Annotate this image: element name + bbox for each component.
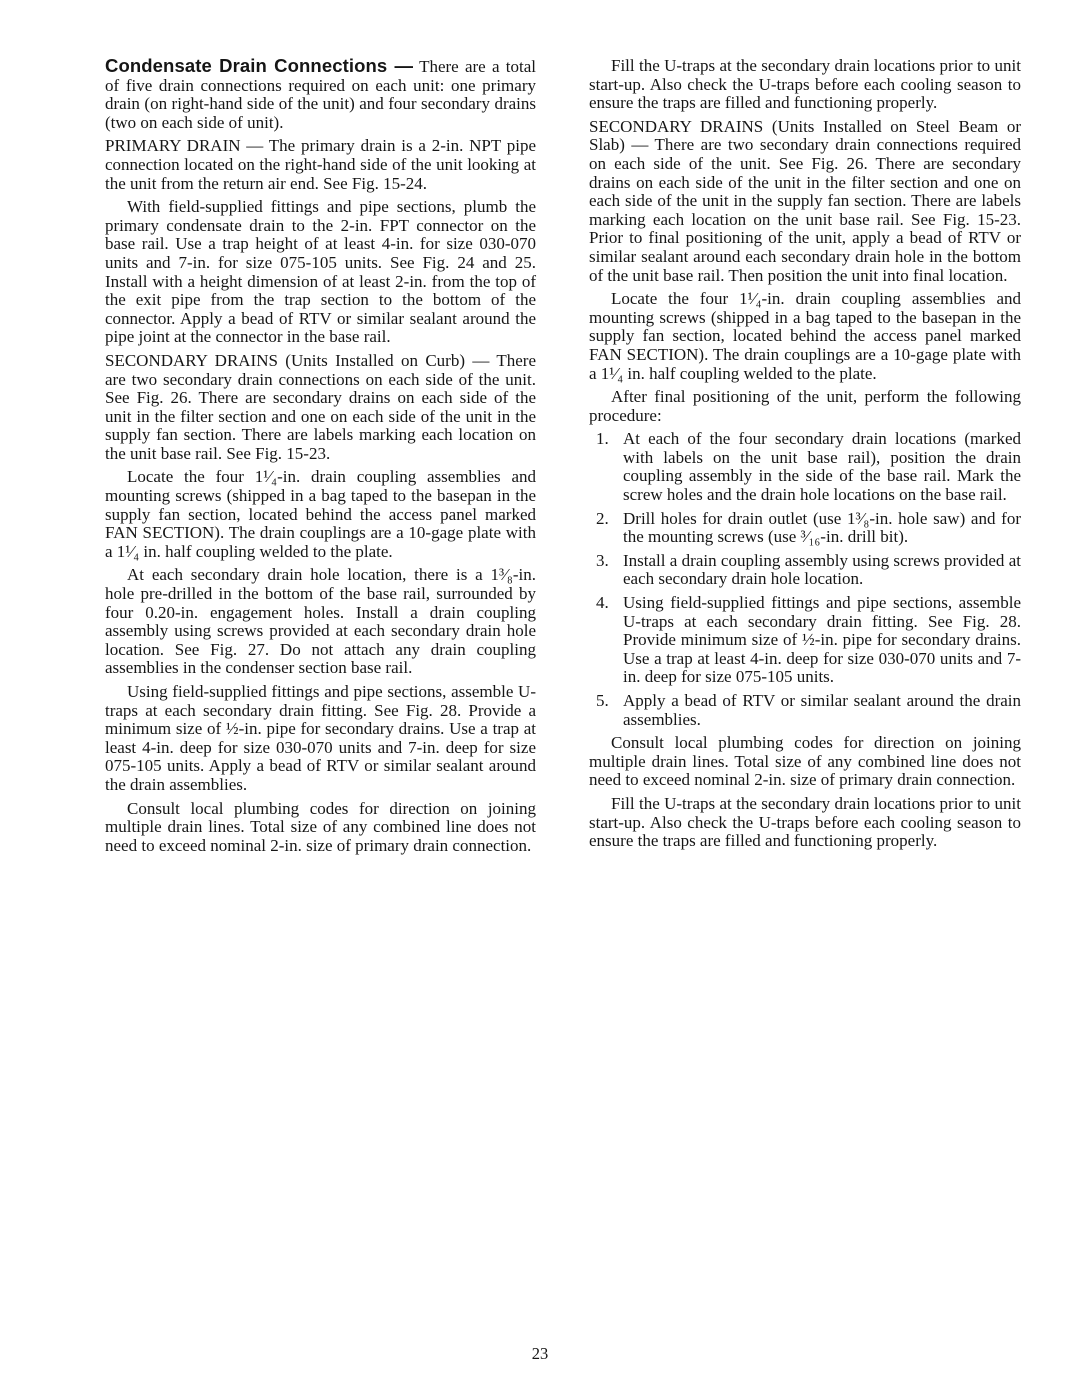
section-heading: Condensate Drain Connections — <box>105 55 413 76</box>
paragraph-plumbing-codes: Consult local plumbing codes for directi… <box>589 734 1021 790</box>
list-item: 2. Drill holes for drain outlet (use 1³⁄… <box>589 510 1021 547</box>
document-page: Condensate Drain Connections — There are… <box>0 0 1080 1397</box>
paragraph-secondary-drains-curb: SECONDARY DRAINS (Units Installed on Cur… <box>105 352 536 464</box>
list-item-number: 1. <box>596 430 623 504</box>
paragraph-fill-utraps: Fill the U-traps at the secondary drain … <box>589 795 1021 851</box>
paragraph-drain-hole: At each secondary drain hole location, t… <box>105 566 536 678</box>
paragraph-plumb-primary: With field-supplied fittings and pipe se… <box>105 198 536 347</box>
paragraph-locate-couplings: Locate the four 1¹⁄₄-in. drain coupling … <box>589 290 1021 383</box>
list-item: 1. At each of the four secondary drain l… <box>589 430 1021 504</box>
paragraph-fill-utraps: Fill the U-traps at the secondary drain … <box>589 57 1021 113</box>
list-item-number: 3. <box>596 552 623 589</box>
list-item-text: Install a drain coupling assembly using … <box>623 552 1021 589</box>
list-item-number: 4. <box>596 594 623 687</box>
list-item-text: Using field-supplied fittings and pipe s… <box>623 594 1021 687</box>
list-item-number: 2. <box>596 510 623 547</box>
list-item-number: 5. <box>596 692 623 729</box>
list-item: 3. Install a drain coupling assembly usi… <box>589 552 1021 589</box>
list-item: 5. Apply a bead of RTV or similar sealan… <box>589 692 1021 729</box>
paragraph-primary-drain: PRIMARY DRAIN — The primary drain is a 2… <box>105 137 536 193</box>
paragraph-procedure-intro: After final positioning of the unit, per… <box>589 388 1021 425</box>
right-column: Fill the U-traps at the secondary drain … <box>589 57 1021 851</box>
paragraph-secondary-drains-slab: SECONDARY DRAINS (Units Installed on Ste… <box>589 118 1021 285</box>
procedure-list: 1. At each of the four secondary drain l… <box>589 430 1021 729</box>
page-number: 23 <box>0 1344 1080 1364</box>
paragraph-locate-couplings: Locate the four 1¹⁄₄-in. drain coupling … <box>105 468 536 561</box>
list-item-text: Drill holes for drain outlet (use 1³⁄₈-i… <box>623 510 1021 547</box>
paragraph-plumbing-codes: Consult local plumbing codes for directi… <box>105 800 536 856</box>
list-item: 4. Using field-supplied fittings and pip… <box>589 594 1021 687</box>
lead-paragraph: Condensate Drain Connections — There are… <box>105 57 536 132</box>
paragraph-utraps: Using field-supplied fittings and pipe s… <box>105 683 536 795</box>
left-column: Condensate Drain Connections — There are… <box>105 57 536 855</box>
list-item-text: Apply a bead of RTV or similar sealant a… <box>623 692 1021 729</box>
list-item-text: At each of the four secondary drain loca… <box>623 430 1021 504</box>
